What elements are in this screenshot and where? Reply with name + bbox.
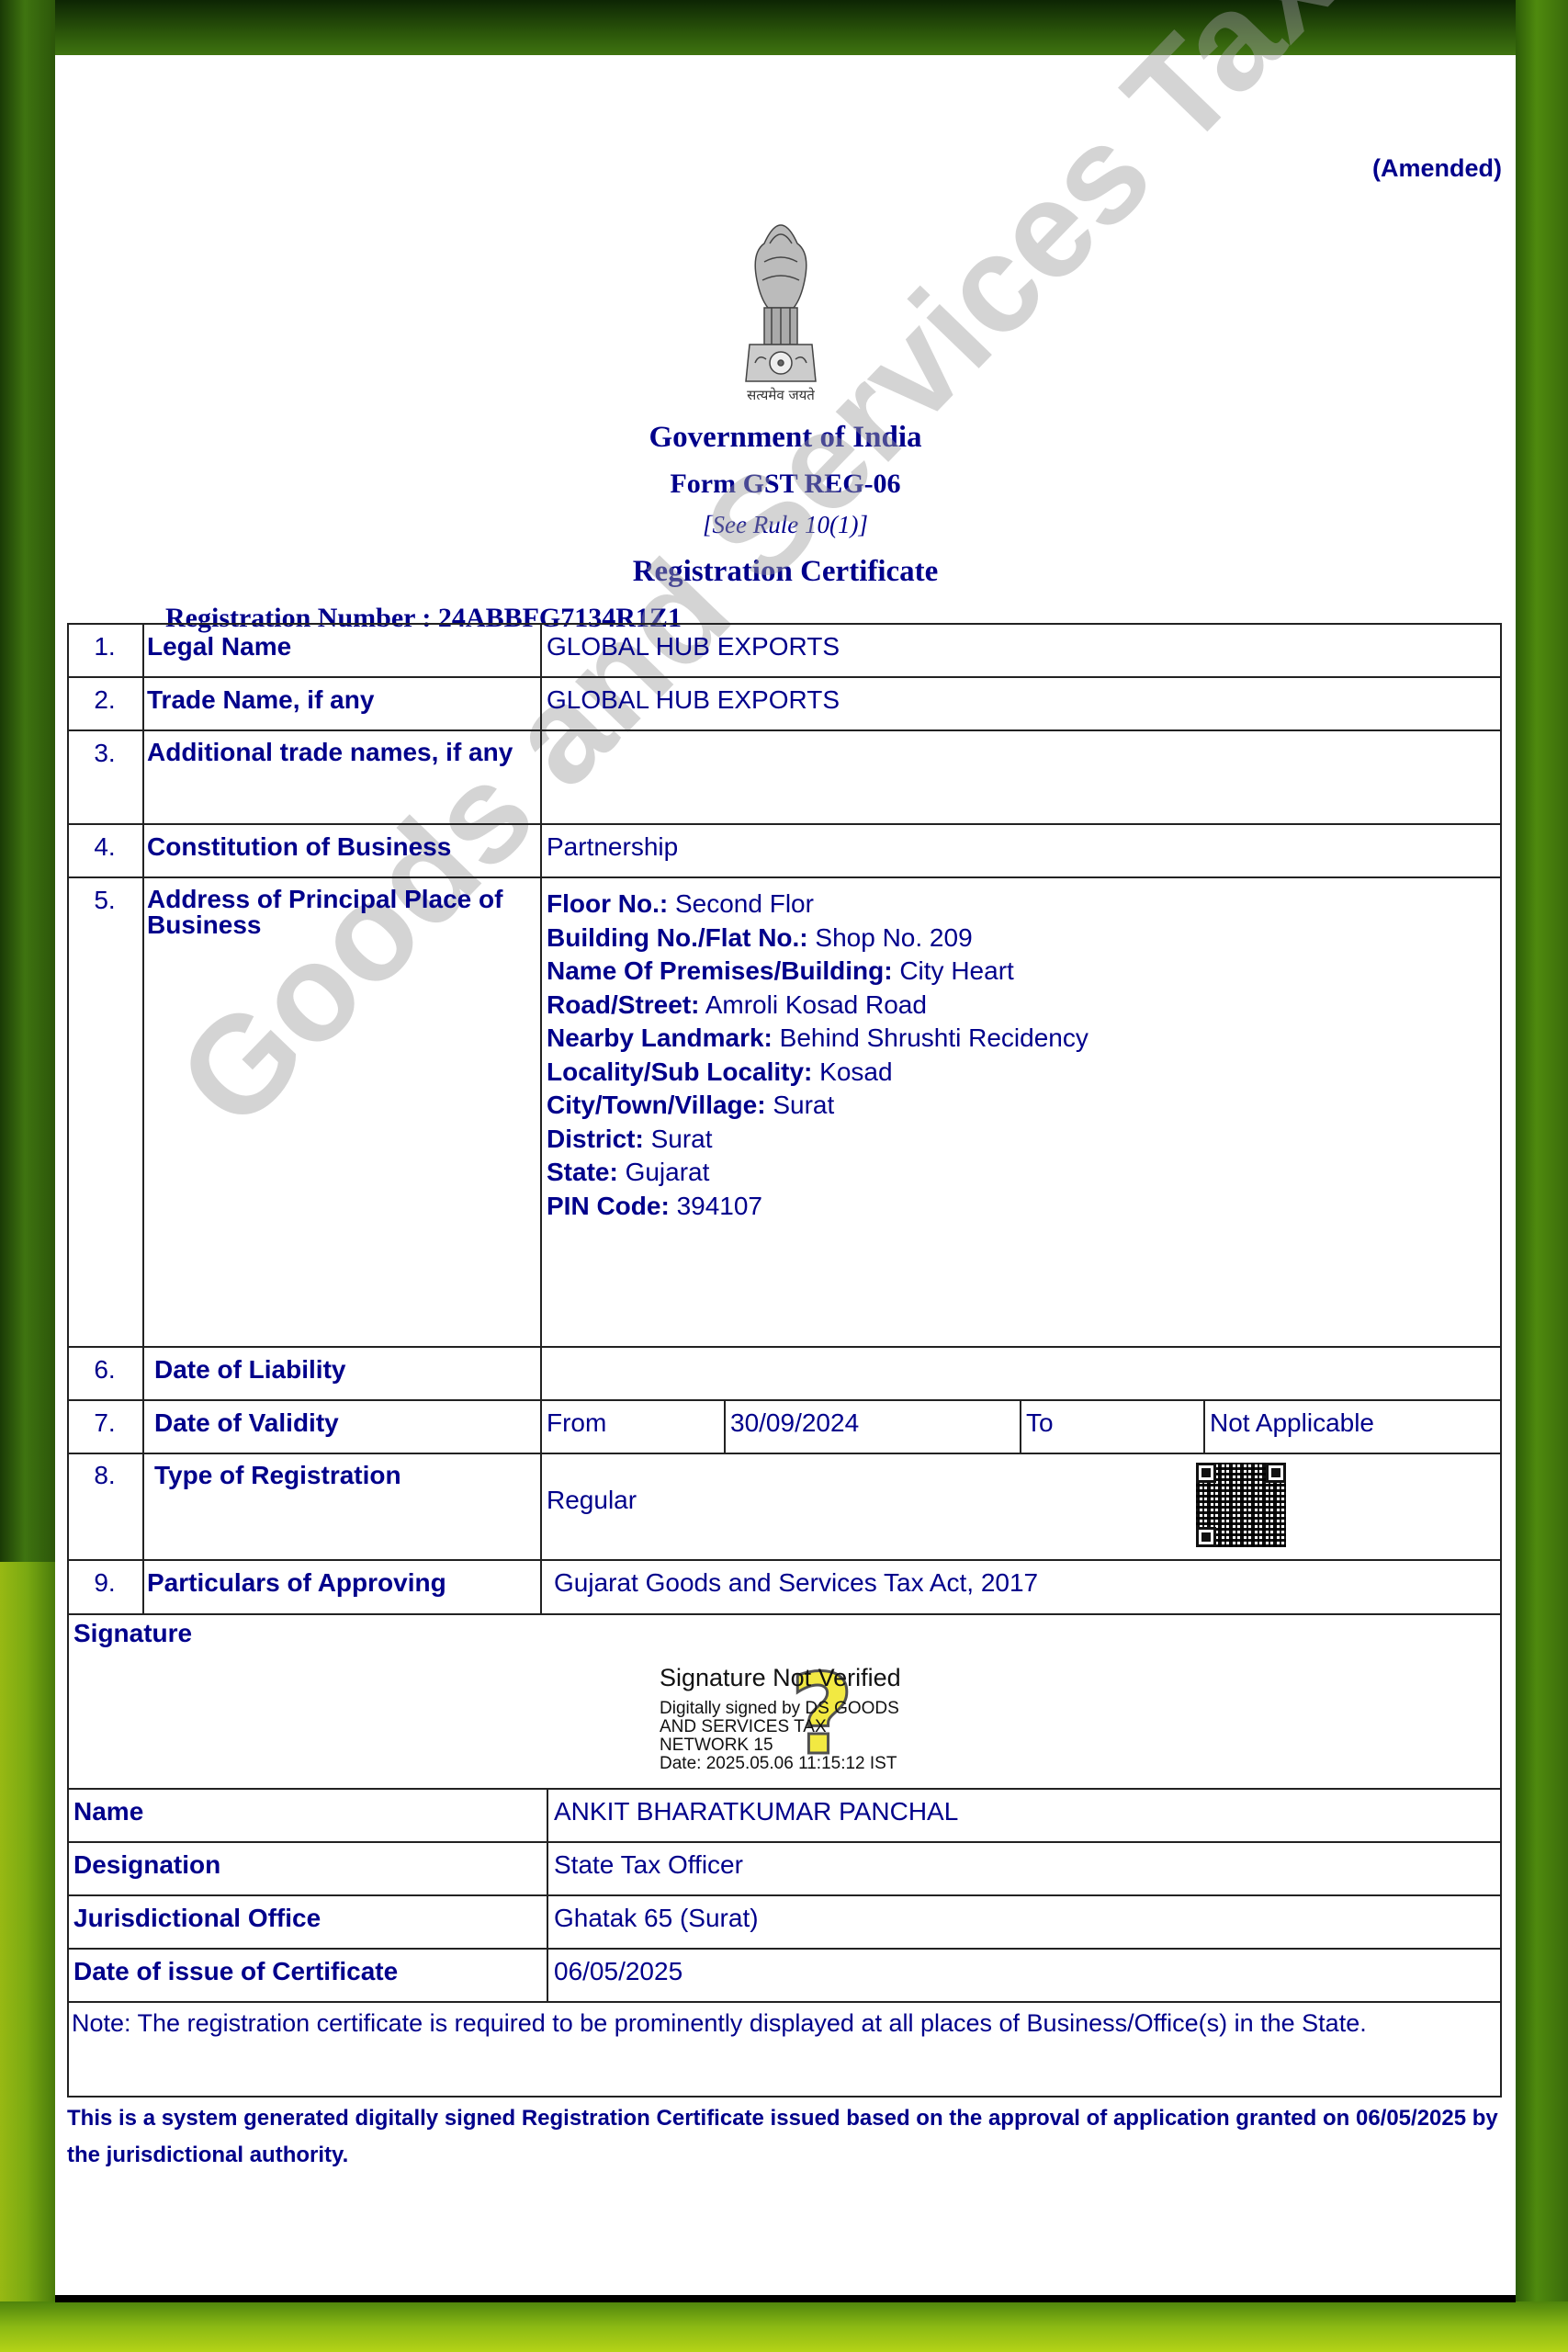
type-of-registration-label: Type of Registration bbox=[154, 1462, 401, 1489]
address-line: State: Gujarat bbox=[547, 1156, 1089, 1190]
validity-from-date: 30/09/2024 bbox=[730, 1409, 859, 1437]
frame-bottom bbox=[0, 2301, 1568, 2352]
row-number: 2. bbox=[67, 686, 142, 714]
address-line: City/Town/Village: Surat bbox=[547, 1089, 1089, 1123]
issue-date-value: 06/05/2025 bbox=[554, 1958, 682, 1985]
legal-name-label: Legal Name bbox=[147, 633, 291, 661]
jurisdictional-office-label: Jurisdictional Office bbox=[73, 1905, 321, 1932]
additional-trade-names-label: Additional trade names, if any bbox=[147, 740, 514, 765]
address-line: Road/Street: Amroli Kosad Road bbox=[547, 989, 1089, 1023]
validity-to-date: Not Applicable bbox=[1210, 1409, 1374, 1437]
date-of-liability-label: Date of Liability bbox=[154, 1356, 345, 1384]
jurisdictional-office-value: Ghatak 65 (Surat) bbox=[554, 1905, 759, 1932]
row-number: 4. bbox=[67, 833, 142, 861]
page-shadow bbox=[55, 2295, 1516, 2302]
signature-label: Signature bbox=[73, 1619, 192, 1648]
signature-details: Digitally signed by DS GOODS AND SERVICE… bbox=[660, 1700, 901, 1773]
trade-name-label: Trade Name, if any bbox=[147, 686, 374, 714]
frame-left-bottom bbox=[0, 1562, 55, 2352]
row-number: 7. bbox=[67, 1409, 142, 1437]
row-number: 6. bbox=[67, 1356, 142, 1384]
trade-name-value: GLOBAL HUB EXPORTS bbox=[547, 686, 840, 714]
frame-top bbox=[0, 0, 1568, 55]
signature-status: Signature Not Verified bbox=[660, 1663, 901, 1692]
constitution-label: Constitution of Business bbox=[147, 833, 451, 861]
designation-label: Designation bbox=[73, 1851, 220, 1879]
row-number: 3. bbox=[67, 740, 142, 767]
address-line: Building No./Flat No.: Shop No. 209 bbox=[547, 922, 1089, 955]
address-line: Name Of Premises/Building: City Heart bbox=[547, 955, 1089, 989]
legal-name-value: GLOBAL HUB EXPORTS bbox=[547, 633, 840, 661]
address-block: Floor No.: Second Flor Building No./Flat… bbox=[547, 888, 1089, 1223]
issue-date-label: Date of issue of Certificate bbox=[73, 1958, 398, 1985]
row-number: 1. bbox=[67, 633, 142, 661]
date-of-validity-label: Date of Validity bbox=[154, 1409, 339, 1437]
officer-name-label: Name bbox=[73, 1798, 143, 1826]
type-of-registration-value: Regular bbox=[547, 1487, 637, 1514]
qr-code-icon bbox=[1196, 1463, 1286, 1547]
digital-signature-block[interactable]: Signature Not Verified Digitally signed … bbox=[660, 1663, 901, 1773]
row-number: 5. bbox=[67, 887, 142, 914]
address-line: Nearby Landmark: Behind Shrushti Reciden… bbox=[547, 1022, 1089, 1056]
address-line: Locality/Sub Locality: Kosad bbox=[547, 1056, 1089, 1090]
address-line: District: Surat bbox=[547, 1123, 1089, 1157]
address-line: PIN Code: 394107 bbox=[547, 1190, 1089, 1224]
designation-value: State Tax Officer bbox=[554, 1851, 743, 1879]
display-note: Note: The registration certificate is re… bbox=[72, 2010, 1495, 2036]
particulars-label: Particulars of Approving bbox=[147, 1569, 446, 1597]
system-generated-notice: This is a system generated digitally sig… bbox=[67, 2100, 1509, 2174]
officer-name-value: ANKIT BHARATKUMAR PANCHAL bbox=[554, 1798, 958, 1826]
row-number: 8. bbox=[67, 1462, 142, 1489]
row-number: 9. bbox=[67, 1569, 142, 1597]
address-line: Floor No.: Second Flor bbox=[547, 888, 1089, 922]
validity-from-label: From bbox=[547, 1409, 606, 1437]
frame-right bbox=[1516, 0, 1568, 2352]
validity-to-label: To bbox=[1026, 1409, 1054, 1437]
address-label: Address of Principal Place of Business bbox=[147, 887, 537, 938]
particulars-value: Gujarat Goods and Services Tax Act, 2017 bbox=[554, 1569, 1038, 1597]
certificate-page: (Amended) सत्यमेव जयते Government of Ind… bbox=[55, 55, 1516, 2295]
constitution-value: Partnership bbox=[547, 833, 678, 861]
